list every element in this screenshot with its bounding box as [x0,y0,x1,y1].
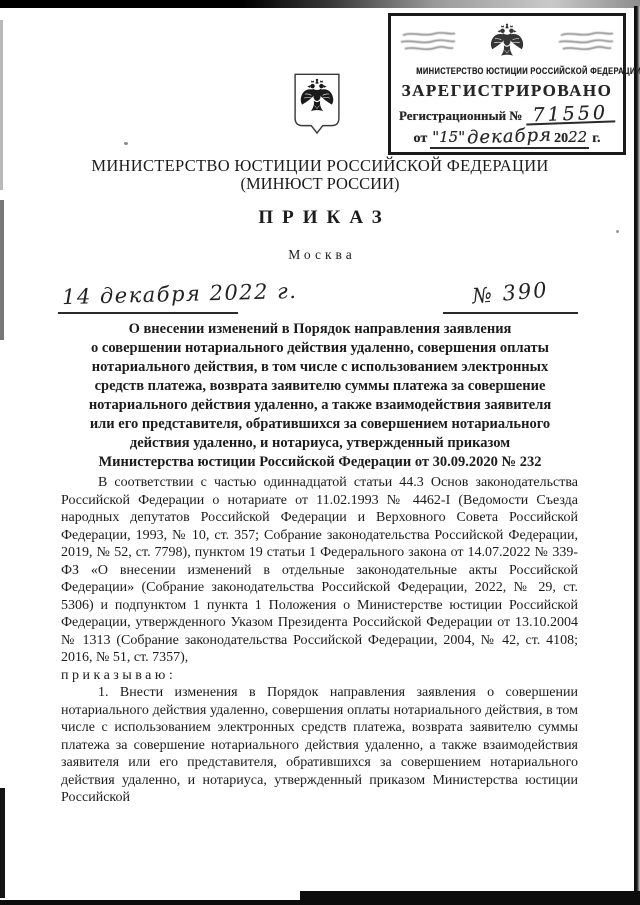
stamp-date-line: от "15" декабря 2022 г. [399,130,615,149]
document-type-title: ПРИКАЗ [0,207,640,229]
scan-speck [124,142,128,145]
stamp-registration-number-line: Регистрационный № 71550 [399,106,615,124]
stamp-date-suffix: г. [592,131,600,147]
title-line: о совершении нотариального действия удал… [60,339,580,358]
ministry-name: МИНИСТЕРСТВО ЮСТИЦИИ РОССИЙСКОЙ ФЕДЕРАЦИ… [0,157,640,174]
stamp-reg-number-label: Регистрационный № [399,108,522,124]
city-label: Москва [0,247,640,263]
body-decree-word: приказываю: [61,667,578,685]
stamp-date-day-handwritten: "15" [432,130,465,144]
stamp-smudge-left-icon [399,29,457,55]
stamp-registered-label: ЗАРЕГИСТРИРОВАНО [399,81,615,101]
ministry-short-name: (МИНЮСТ РОССИИ) [0,175,640,192]
title-line: нотариального действия удаленно, а также… [60,396,580,415]
stamp-date-prefix: от [414,131,428,147]
body-paragraph-item1: 1. Внести изменения в Порядок направлени… [61,684,578,807]
document-date-handwritten: 14 декабря 2022 г. [62,279,298,309]
stamp-ministry-line: МИНИСТЕРСТВО ЮСТИЦИИ РОССИЙСКОЙ ФЕДЕРАЦИ… [416,66,597,76]
scan-edge-top [0,0,640,8]
title-line: или его представителя, обратившихся за с… [60,415,580,434]
stamp-date-month-handwritten: декабря [467,129,552,146]
scan-edge-right [634,6,640,905]
document-body: В соответствии с частью одиннадцатой ста… [61,474,578,807]
title-line: нотариального действия, в том числе с ис… [60,358,580,377]
stamp-date-year-printed: 20 [554,131,568,147]
stamp-date-handwritten-group: "15" декабря 2022 [430,130,589,149]
stamp-smudge-right-icon [557,29,615,55]
scan-edge-bottom-right [300,891,640,905]
body-paragraph-preamble: В соответствии с частью одиннадцатой ста… [61,474,578,667]
scan-edge-left-lower [0,788,5,898]
stamp-reg-number-value-handwritten: 71550 [526,104,615,125]
title-line: Министерства юстиции Российской Федераци… [60,453,580,472]
date-underline [58,312,238,314]
scan-speck [616,230,619,233]
document-page: МИНИСТЕРСТВО ЮСТИЦИИ РОССИЙСКОЙ ФЕДЕРАЦИ… [0,0,640,905]
registration-stamp: МИНИСТЕРСТВО ЮСТИЦИИ РОССИЙСКОЙ ФЕДЕРАЦИ… [388,13,626,155]
stamp-eagle-icon [486,22,528,62]
number-underline [443,312,578,314]
title-line: средств платежа, возврата заявителю сумм… [60,377,580,396]
title-line: действия удаленно, и нотариуса, утвержде… [60,434,580,453]
document-title: О внесении изменений в Порядок направлен… [60,320,580,472]
coat-of-arms-icon [288,72,346,140]
title-line: О внесении изменений в Порядок направлен… [60,320,580,339]
stamp-date-year-handwritten: 22 [568,130,587,144]
stamp-header-row [399,20,615,64]
document-number-handwritten: № 390 [471,278,549,309]
